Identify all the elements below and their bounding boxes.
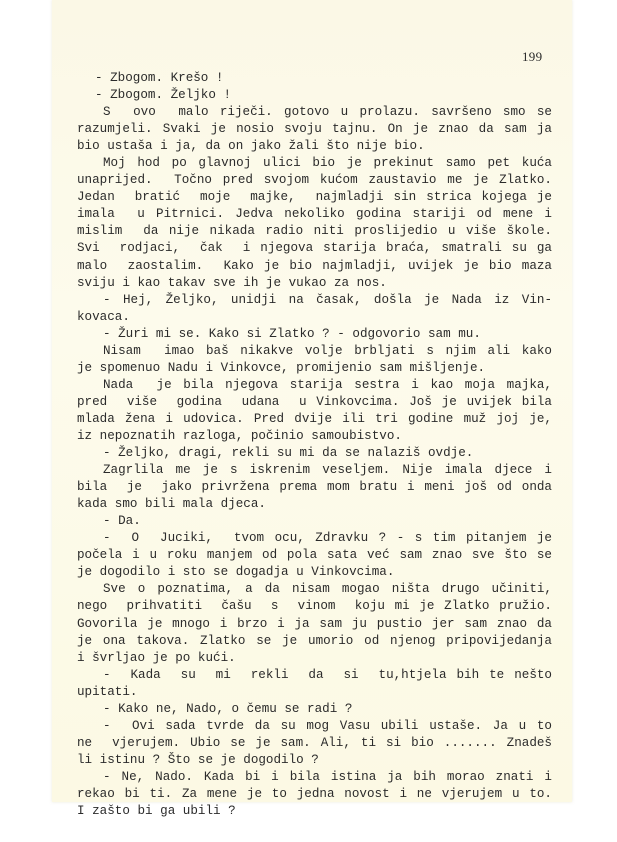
text-line: - Kada su mi rekli da si tu,htjela bih t…: [77, 667, 552, 684]
text-line: Jedan bratić moje majke, najmladji sin s…: [77, 189, 552, 206]
text-line: upitati.: [77, 684, 552, 701]
text-line: unaprijed. Točno pred svojom kućom zaust…: [77, 172, 552, 189]
text-line: S ovo malo riječi. gotovo u prolazu. sav…: [77, 104, 552, 121]
text-line: rekao bi ti. Za mene je to jedna novost …: [77, 786, 552, 803]
text-line: - Zbogom. Krešo !: [77, 70, 552, 87]
text-line: ne vjerujem. Ubio se je sam. Ali, ti si …: [77, 735, 552, 752]
text-line: iz nepoznatih razloga, počinio samoubist…: [77, 428, 552, 445]
text-line: imala u Pitrnici. Jedva nekoliko godina …: [77, 206, 552, 223]
text-line: Zagrlila me je s iskrenim veseljem. Nije…: [77, 462, 552, 479]
text-line: je dogodilo i sto se dogadja u Vinkovcim…: [77, 564, 552, 581]
text-line: Sve o poznatima, a da nisam mogao ništa …: [77, 581, 552, 598]
text-line: nego prihvatiti čašu s vinom koju mi je …: [77, 598, 552, 615]
text-line: mlada žena i udovica. Pred dvije ili tri…: [77, 411, 552, 428]
text-line: Nada je bila njegova starija sestra i ka…: [77, 377, 552, 394]
text-line: Govorila je mnogo i brzo i ja sam ju pus…: [77, 616, 552, 633]
text-line: mislim da nije nikada radio niti proslij…: [77, 223, 552, 240]
text-line: - Zbogom. Željko !: [77, 87, 552, 104]
text-line: malo zaostalim. Kako je bio najmladji, u…: [77, 258, 552, 275]
text-line: je spomenuo Nadu i Vinkovce, promijenio …: [77, 360, 552, 377]
text-line: kada smo bili mala djeca.: [77, 496, 552, 513]
text-line: - Ovi sada tvrde da su mog Vasu ubili us…: [77, 718, 552, 735]
text-line: Moj hod po glavnoj ulici bio je prekinut…: [77, 155, 552, 172]
text-line: - Ne, Nado. Kada bi i bila istina ja bih…: [77, 769, 552, 786]
text-line: - Kako ne, Nado, o čemu se radi ?: [77, 701, 552, 718]
text-line: razumjeli. Svaki je nosio svoju tajnu. O…: [77, 121, 552, 138]
text-line: bila je jako privržena prema mom bratu i…: [77, 479, 552, 496]
text-line: - Hej, Željko, unidji na časak, došla je…: [77, 292, 552, 309]
text-line: kovaca.: [77, 309, 552, 326]
text-line: bio ustaša i ja, da on jako žali što nij…: [77, 138, 552, 155]
text-line: - Da.: [77, 513, 552, 530]
text-line: pred više godina udana u Vinkovcima. Još…: [77, 394, 552, 411]
text-line: I zašto bi ga ubili ?: [77, 803, 552, 820]
text-line: - Žuri mi se. Kako si Zlatko ? - odgovor…: [77, 326, 552, 343]
text-line: i švrljao je po kući.: [77, 650, 552, 667]
text-line: Nisam imao baš nikakve volje brbljati s …: [77, 343, 552, 360]
text-line: sviju i kao takav sve ih je vukao za nos…: [77, 275, 552, 292]
text-line: Svi rodjaci, čak i njegova starija braća…: [77, 240, 552, 257]
page-number: 199: [522, 49, 542, 65]
text-line: li istinu ? Što se je dogodilo ?: [77, 752, 552, 769]
text-line: je ona takova. Zlatko se je umorio od nj…: [77, 633, 552, 650]
text-line: - Željko, dragi, rekli su mi da se nalaz…: [77, 445, 552, 462]
text-line: počela i u roku manjem od pola sata već …: [77, 547, 552, 564]
body-text: - Zbogom. Krešo !- Zbogom. Željko !S ovo…: [77, 70, 552, 820]
text-line: - O Juciki, tvom ocu, Zdravku ? - s tim …: [77, 530, 552, 547]
